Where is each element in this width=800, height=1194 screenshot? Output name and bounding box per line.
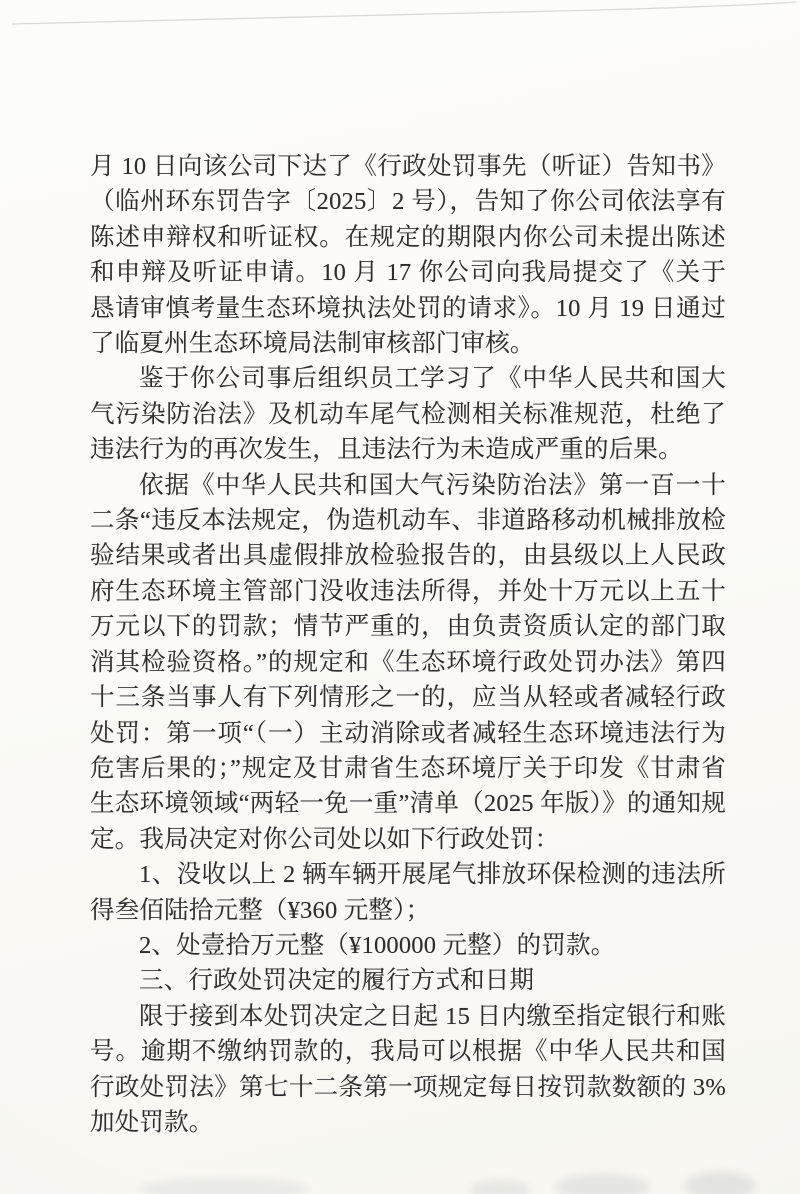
paper-crease-line	[0, 0, 800, 40]
paragraph-mitigation-facts: 鉴于你公司事后组织员工学习了《中华人民共和国大气污染防治法》及机动车尾气检测相关…	[90, 361, 726, 467]
bottom-smudge	[555, 1174, 650, 1194]
paragraph-penalty-item-2: 2、处壹拾万元整（¥100000 元整）的罚款。	[90, 928, 726, 963]
document-body-text: 月 10 日向该公司下达了《行政处罚事先（听证）告知书》（临州环东罚告字〔202…	[90, 149, 726, 1140]
bottom-smudge	[685, 1172, 755, 1194]
document-page: 月 10 日向该公司下达了《行政处罚事先（听证）告知书》（临州环东罚告字〔202…	[0, 0, 800, 1194]
bottom-smudge	[470, 1180, 530, 1194]
paragraph-continuation-notice: 月 10 日向该公司下达了《行政处罚事先（听证）告知书》（临州环东罚告字〔202…	[90, 149, 726, 361]
paragraph-section-heading-performance: 三、行政处罚决定的履行方式和日期	[90, 963, 726, 998]
bottom-smudge	[140, 1178, 310, 1194]
paragraph-penalty-item-1: 1、没收以上 2 辆车辆开展尾气排放环保检测的违法所得叁佰陆拾元整（¥360 元…	[90, 857, 726, 928]
paragraph-legal-basis: 依据《中华人民共和国大气污染防治法》第一百一十二条“违反本法规定，伪造机动车、非…	[90, 468, 726, 857]
paragraph-payment-terms: 限于接到本处罚决定之日起 15 日内缴至指定银行和账号。逾期不缴纳罚款的，我局可…	[90, 999, 726, 1141]
